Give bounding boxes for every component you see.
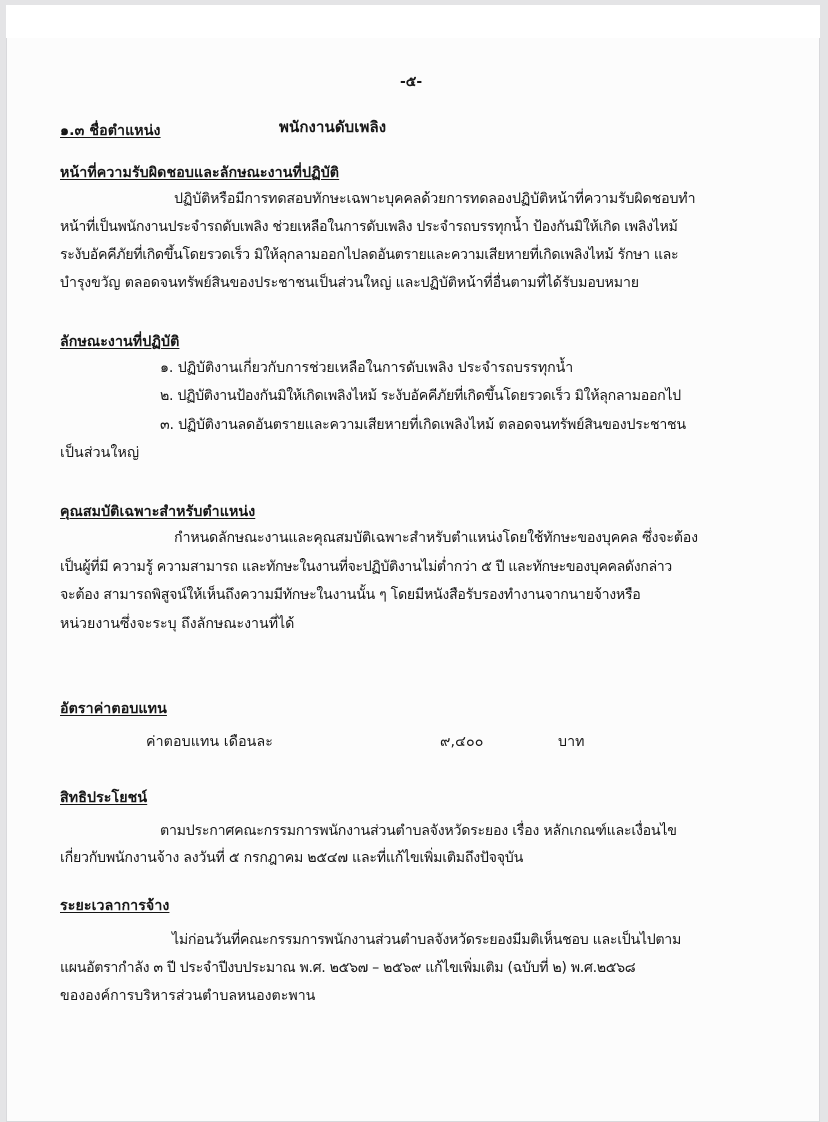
compensation-label: ค่าตอบแทน เดือนละ [146, 732, 273, 752]
job-nature-item-3: ๓. ปฏิบัติงานลดอันตรายและความเสียหายที่เ… [160, 415, 686, 435]
position-title: พนักงานดับเพลิง [279, 117, 386, 137]
page-top-margin [6, 5, 820, 38]
benefits-heading: สิทธิประโยชน์ [60, 788, 147, 808]
compensation-heading: อัตราค่าตอบแทน [60, 699, 167, 719]
job-nature-continuation: เป็นส่วนใหญ่ [60, 443, 139, 463]
employment-period-heading: ระยะเวลาการจ้าง [60, 896, 169, 916]
qualifications-heading: คุณสมบัติเฉพาะสำหรับตำแหน่ง [60, 502, 255, 522]
document-page: -๕- ๑.๓ ชื่อตำแหน่ง พนักงานดับเพลิง หน้า… [6, 5, 820, 1122]
duties-heading: หน้าที่ความรับผิดชอบและลักษณะงานที่ปฏิบั… [60, 163, 339, 183]
job-nature-heading: ลักษณะงานที่ปฏิบัติ [60, 332, 179, 352]
compensation-amount: ๙,๔๐๐ [440, 732, 483, 752]
job-nature-item-1: ๑. ปฏิบัติงานเกี่ยวกับการช่วยเหลือในการด… [160, 358, 573, 378]
qualifications-line-3: จะต้อง สามารถพิสูจน์ให้เห็นถึงความมีทักษ… [60, 585, 641, 605]
compensation-unit: บาท [558, 732, 585, 752]
qualifications-line-1: กำหนดลักษณะงานและคุณสมบัติเฉพาะสำหรับตำแ… [174, 528, 698, 548]
duties-line-2: หน้าที่เป็นพนักงานประจำรถดับเพลิง ช่วยเห… [60, 217, 762, 237]
qualifications-line-2: เป็นผู้ที่มี ความรู้ ความสามารถ และทักษะ… [60, 557, 672, 577]
position-label: ๑.๓ ชื่อตำแหน่ง [60, 121, 161, 141]
duties-line-1: ปฏิบัติหรือมีการทดสอบทักษะเฉพาะบุคคลด้วย… [174, 189, 762, 209]
qualifications-line-4: หน่วยงานซึ่งจะระบุ ถึงลักษณะงานที่ได้ [60, 614, 294, 634]
benefits-line-2: เกี่ยวกับพนักงานจ้าง ลงวันที่ ๕ กรกฎาคม … [60, 848, 523, 868]
benefits-line-1: ตามประกาศคณะกรรมการพนักงานส่วนตำบลจังหวั… [160, 821, 677, 841]
page-number: -๕- [400, 71, 422, 93]
job-nature-item-2: ๒. ปฏิบัติงานป้องกันมิให้เกิดเพลิงไหม้ ร… [160, 386, 681, 406]
employment-period-line-2: แผนอัตรากำลัง ๓ ปี ประจำปีงบประมาณ พ.ศ. … [60, 958, 635, 978]
employment-period-line-1: ไม่ก่อนวันที่คณะกรรมการพนักงานส่วนตำบลจั… [172, 930, 681, 950]
duties-line-4: บำรุงขวัญ ตลอดจนทรัพย์สินของประชาชนเป็นส… [60, 273, 762, 293]
employment-period-line-3: ขององค์การบริหารส่วนตำบลหนองตะพาน [60, 986, 315, 1006]
duties-line-3: ระงับอัคคีภัยที่เกิดขึ้นโดยรวดเร็ว มิให้… [60, 245, 762, 265]
